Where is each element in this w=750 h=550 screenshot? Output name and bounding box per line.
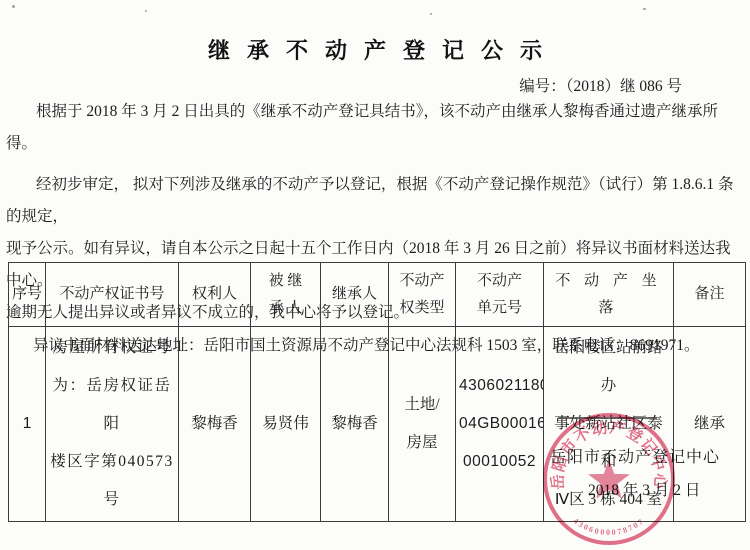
header-property-type: 不动产 权类型 bbox=[389, 263, 456, 327]
page-title: 继承不动产登记公示 bbox=[0, 34, 750, 65]
signature-date: 2018 年 3 月 2 日 bbox=[588, 478, 700, 500]
scan-speck bbox=[12, 5, 15, 8]
scan-speck bbox=[643, 8, 646, 10]
scan-speck bbox=[430, 13, 432, 15]
signature-organization: 岳阳市不动产登记中心 bbox=[550, 444, 720, 467]
cell-cert-no: 房屋所有权证号 为：岳房权证岳阳 楼区字第040573号 bbox=[46, 327, 179, 522]
header-cert-no: 不动产权证书号 bbox=[46, 263, 179, 327]
header-remark: 备注 bbox=[674, 263, 746, 327]
body-line-2: 经初步审定， 拟对下列涉及继承的不动产予以登记，根据《不动产登记操作规范》（试行… bbox=[6, 169, 742, 233]
cell-right-holder: 黎梅香 bbox=[179, 327, 251, 522]
cell-property-type: 土地/ 房屋 bbox=[389, 327, 456, 522]
header-unit-no: 不动产 单元号 bbox=[456, 263, 544, 327]
table-header-row: 序号 不动产权证书号 权利人 被 继 承 人 继承人 不动产 权类型 不动产 单… bbox=[9, 263, 746, 327]
cell-decedent: 易贤伟 bbox=[251, 327, 321, 522]
cell-heir: 黎梅香 bbox=[321, 327, 389, 522]
document-number: 编号：（2018）继 086 号 bbox=[519, 74, 682, 96]
announcement-document: 继承不动产登记公示 编号：（2018）继 086 号 根据于 2018 年 3 … bbox=[0, 0, 750, 550]
cell-seq: 1 bbox=[9, 327, 46, 522]
header-decedent: 被 继 承 人 bbox=[251, 263, 321, 327]
header-right-holder: 权利人 bbox=[179, 263, 251, 327]
header-location: 不 动 产 坐 落 bbox=[544, 263, 674, 327]
header-heir: 继承人 bbox=[321, 263, 389, 327]
body-line-1: 根据于 2018 年 3 月 2 日出具的《继承不动产登记具结书》，该不动产由继… bbox=[6, 96, 742, 160]
scan-speck bbox=[145, 10, 147, 12]
cell-unit-no: 4306021180 04GB00016F 00010052 bbox=[456, 327, 544, 522]
scan-underline-artifact bbox=[558, 417, 657, 419]
header-seq: 序号 bbox=[9, 263, 46, 327]
